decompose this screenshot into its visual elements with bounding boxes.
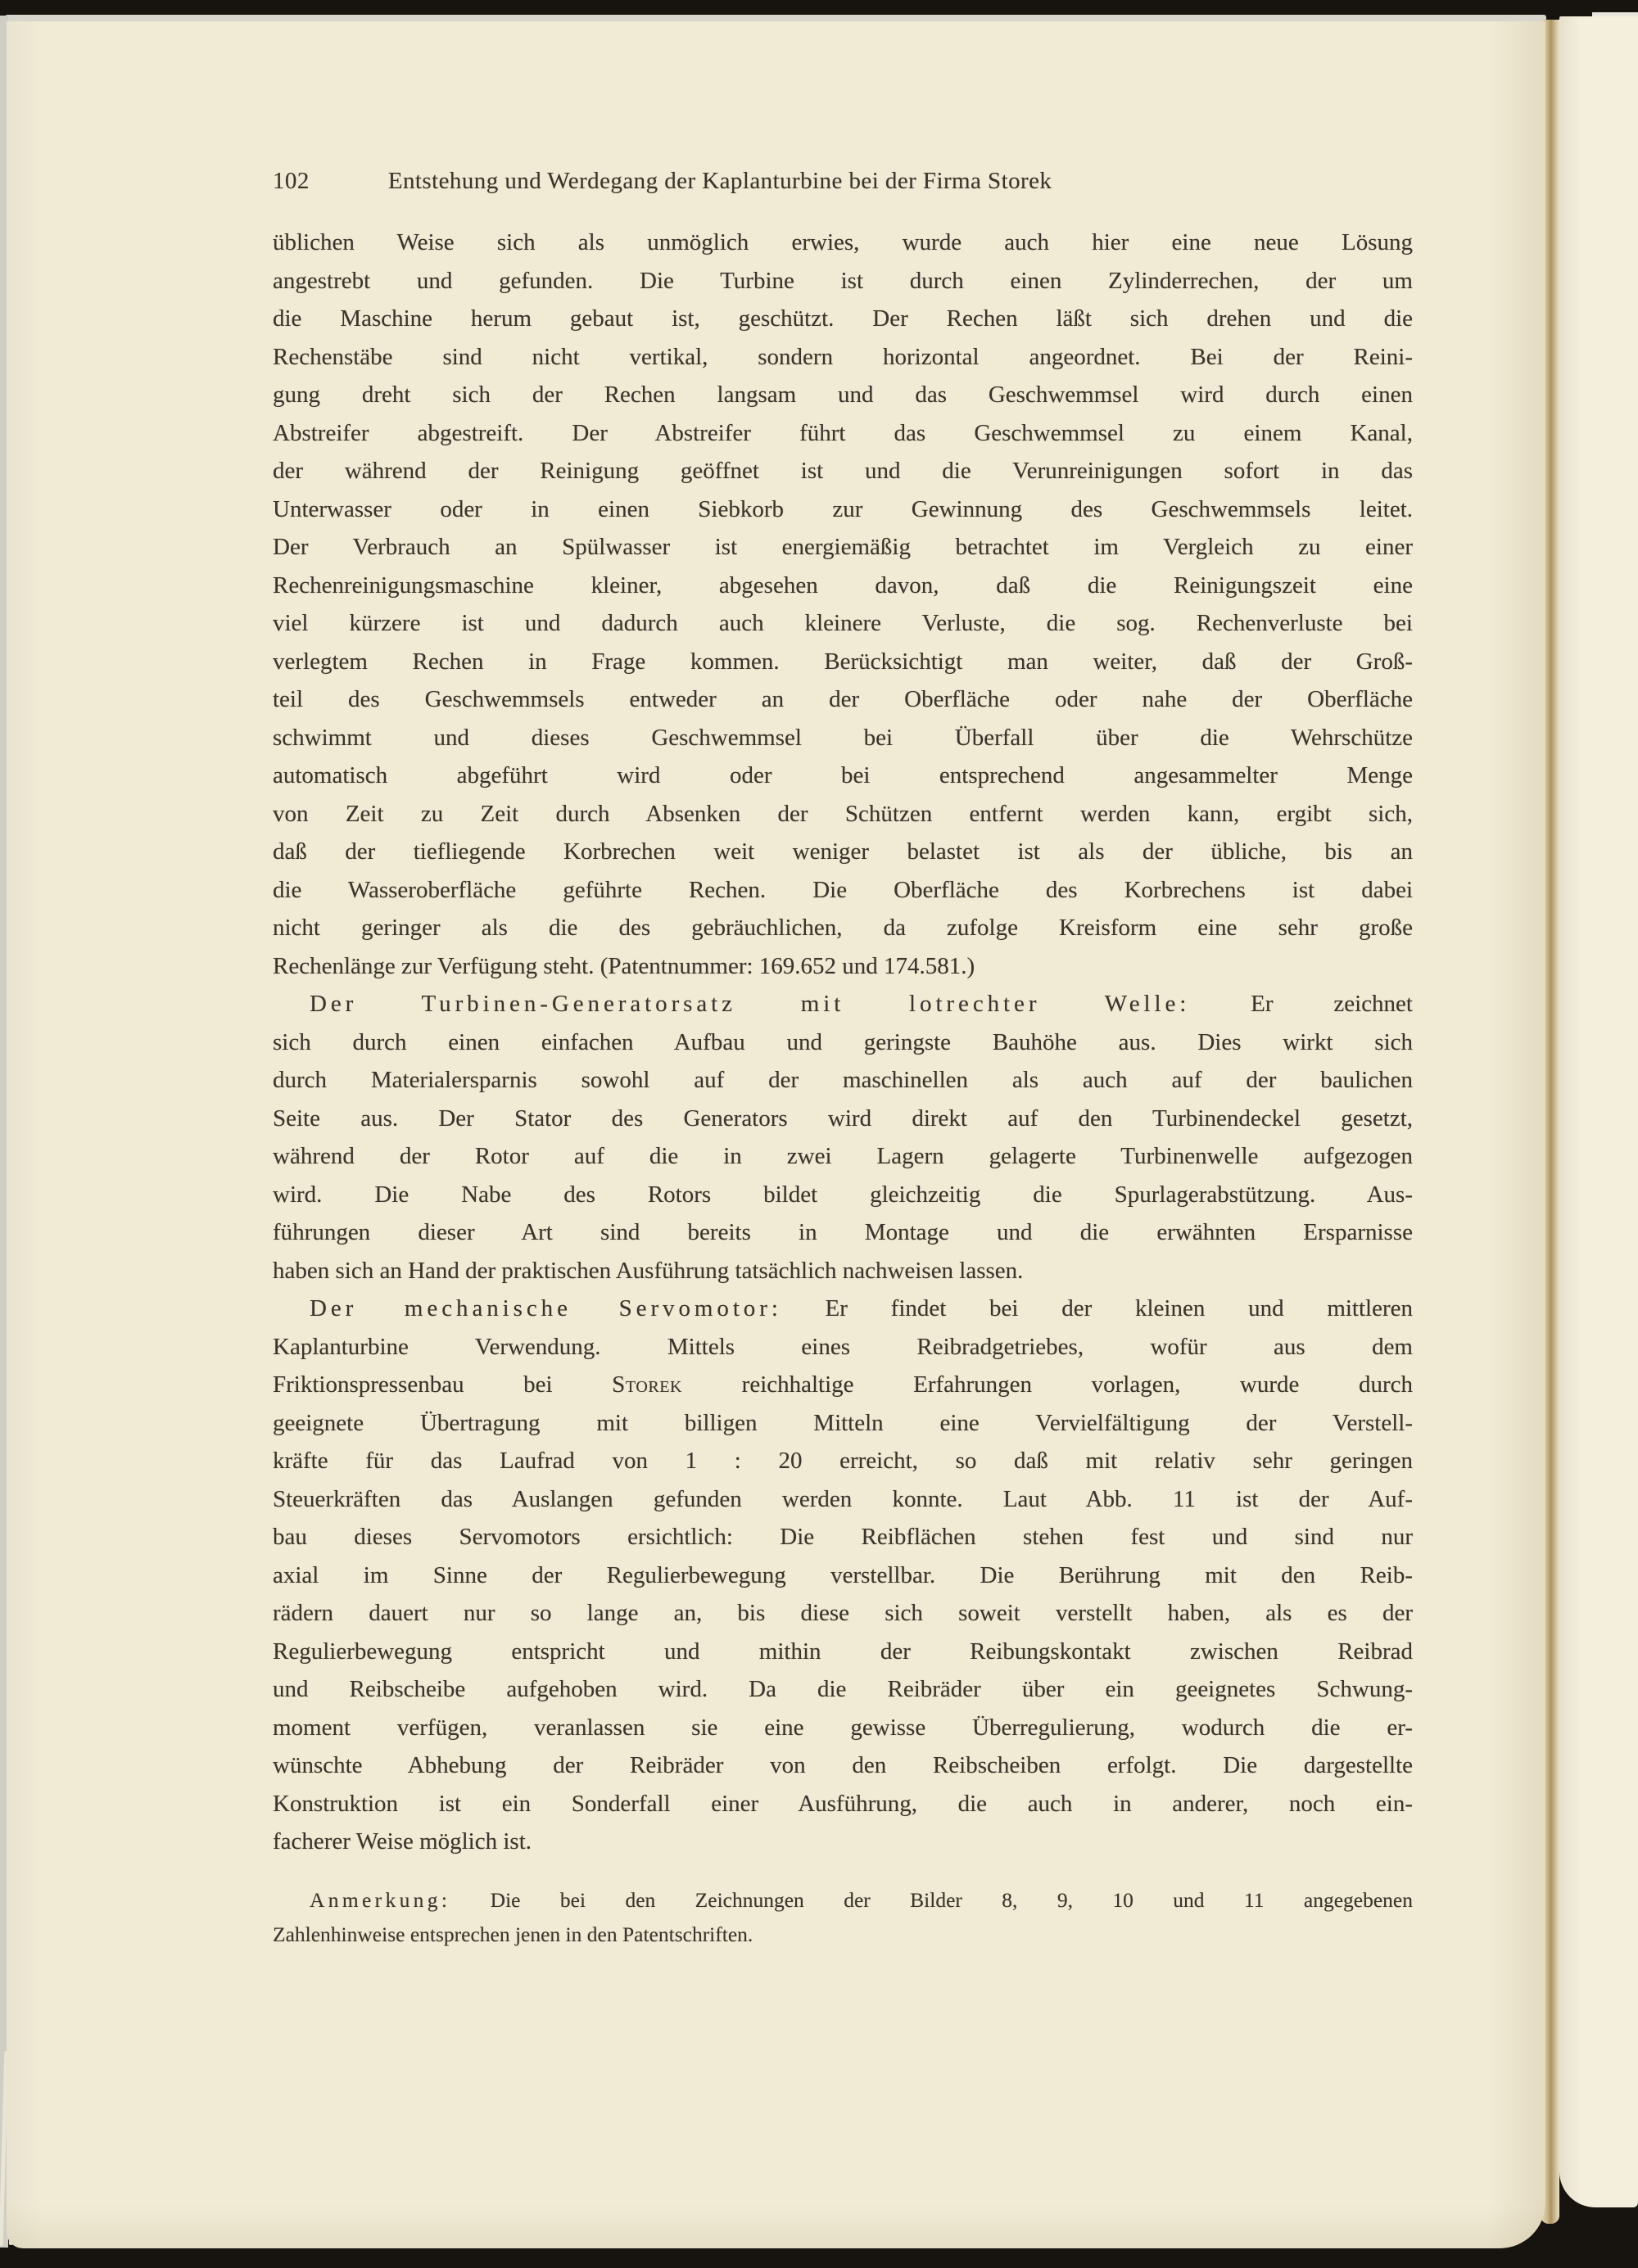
text-line: Zahlenhinweise entsprechen jenen in den …: [273, 1918, 1413, 1952]
text-line: axial im Sinne der Regulierbewegung vers…: [273, 1556, 1413, 1595]
text-line: Konstruktion ist ein Sonderfall einer Au…: [273, 1785, 1413, 1823]
text-line: die Maschine herum gebaut ist, geschützt…: [273, 300, 1413, 338]
text-line: geeignete Übertragung mit billigen Mitte…: [273, 1404, 1413, 1443]
text-line: üblichen Weise sich als unmöglich erwies…: [273, 224, 1413, 262]
text-line: kräfte für das Laufrad von 1 : 20 erreic…: [273, 1442, 1413, 1480]
text-line: daß der tiefliegende Korbrechen weit wen…: [273, 833, 1413, 871]
next-page-edge: [1559, 16, 1638, 2207]
text-line: facherer Weise möglich ist.: [273, 1823, 1413, 1861]
text-line: Abstreifer abgestreift. Der Abstreifer f…: [273, 414, 1413, 453]
text-line: gung dreht sich der Rechen langsam und d…: [273, 376, 1413, 414]
text-line: sich durch einen einfachen Aufbau und ge…: [273, 1023, 1413, 1062]
paragraph: Der mechanische Servomotor: Er findet be…: [273, 1290, 1413, 1861]
text-line: Friktionspressenbau bei Storek reichhalt…: [273, 1366, 1413, 1404]
running-header: 102 Entstehung und Werdegang der Kaplant…: [273, 162, 1052, 200]
text-line: viel kürzere ist und dadurch auch kleine…: [273, 604, 1413, 643]
paragraph: üblichen Weise sich als unmöglich erwies…: [273, 224, 1413, 985]
text-line: verlegtem Rechen in Frage kommen. Berück…: [273, 643, 1413, 681]
text-line: schwimmt und dieses Geschwemmsel bei Übe…: [273, 719, 1413, 757]
book-page: 102 Entstehung und Werdegang der Kaplant…: [7, 21, 1545, 2248]
text-line: von Zeit zu Zeit durch Absenken der Schü…: [273, 795, 1413, 834]
text-line: Unterwasser oder in einen Siebkorb zur G…: [273, 490, 1413, 529]
text-line: Der Turbinen-Generatorsatz mit lotrechte…: [273, 985, 1413, 1023]
paragraph: Der Turbinen-Generatorsatz mit lotrechte…: [273, 985, 1413, 1290]
text-line: angestrebt und gefunden. Die Turbine ist…: [273, 262, 1413, 300]
text-line: während der Rotor auf die in zwei Lagern…: [273, 1137, 1413, 1176]
text-line: wird. Die Nabe des Rotors bildet gleichz…: [273, 1176, 1413, 1214]
scan-background: { "page": { "number": "102", "running_he…: [0, 0, 1638, 2268]
text-line: führungen dieser Art sind bereits in Mon…: [273, 1213, 1413, 1252]
text-line: und Reibscheibe aufgehoben wird. Da die …: [273, 1670, 1413, 1709]
text-line: durch Materialersparnis sowohl auf der m…: [273, 1061, 1413, 1100]
text-line: Kaplanturbine Verwendung. Mittels eines …: [273, 1328, 1413, 1367]
text-line: Rechenstäbe sind nicht vertikal, sondern…: [273, 338, 1413, 377]
text-line: haben sich an Hand der praktischen Ausfü…: [273, 1252, 1413, 1290]
text-line: der während der Reinigung geöffnet ist u…: [273, 452, 1413, 490]
text-line: moment verfügen, veranlassen sie eine ge…: [273, 1709, 1413, 1747]
text-line: wünschte Abhebung der Reibräder von den …: [273, 1746, 1413, 1785]
text-line: rädern dauert nur so lange an, bis diese…: [273, 1594, 1413, 1633]
text-line: Steuerkräften das Auslangen gefunden wer…: [273, 1480, 1413, 1519]
text-line: teil des Geschwemmsels entweder an der O…: [273, 680, 1413, 719]
text-line: Der mechanische Servomotor: Er findet be…: [273, 1290, 1413, 1328]
text-line: Rechenlänge zur Verfügung steht. (Patent…: [273, 947, 1413, 986]
text-line: bau dieses Servomotors ersichtlich: Die …: [273, 1518, 1413, 1556]
body-text: üblichen Weise sich als unmöglich erwies…: [273, 224, 1413, 1952]
text-line: nicht geringer als die des gebräuchliche…: [273, 909, 1413, 947]
text-line: Anmerkung: Die bei den Zeichnungen der B…: [273, 1883, 1413, 1918]
page-number: 102: [273, 162, 310, 200]
text-line: Der Verbrauch an Spülwasser ist energiem…: [273, 528, 1413, 567]
text-line: die Wasseroberfläche geführte Rechen. Di…: [273, 871, 1413, 910]
text-line: Regulierbewegung entspricht und mithin d…: [273, 1633, 1413, 1671]
running-header-title: Entstehung und Werdegang der Kaplanturbi…: [388, 162, 1052, 200]
note-paragraph: Anmerkung: Die bei den Zeichnungen der B…: [273, 1883, 1413, 1952]
text-line: Seite aus. Der Stator des Generators wir…: [273, 1100, 1413, 1138]
text-line: automatisch abgeführt wird oder bei ents…: [273, 757, 1413, 795]
text-line: Rechenreinigungsmaschine kleiner, abgese…: [273, 567, 1413, 605]
